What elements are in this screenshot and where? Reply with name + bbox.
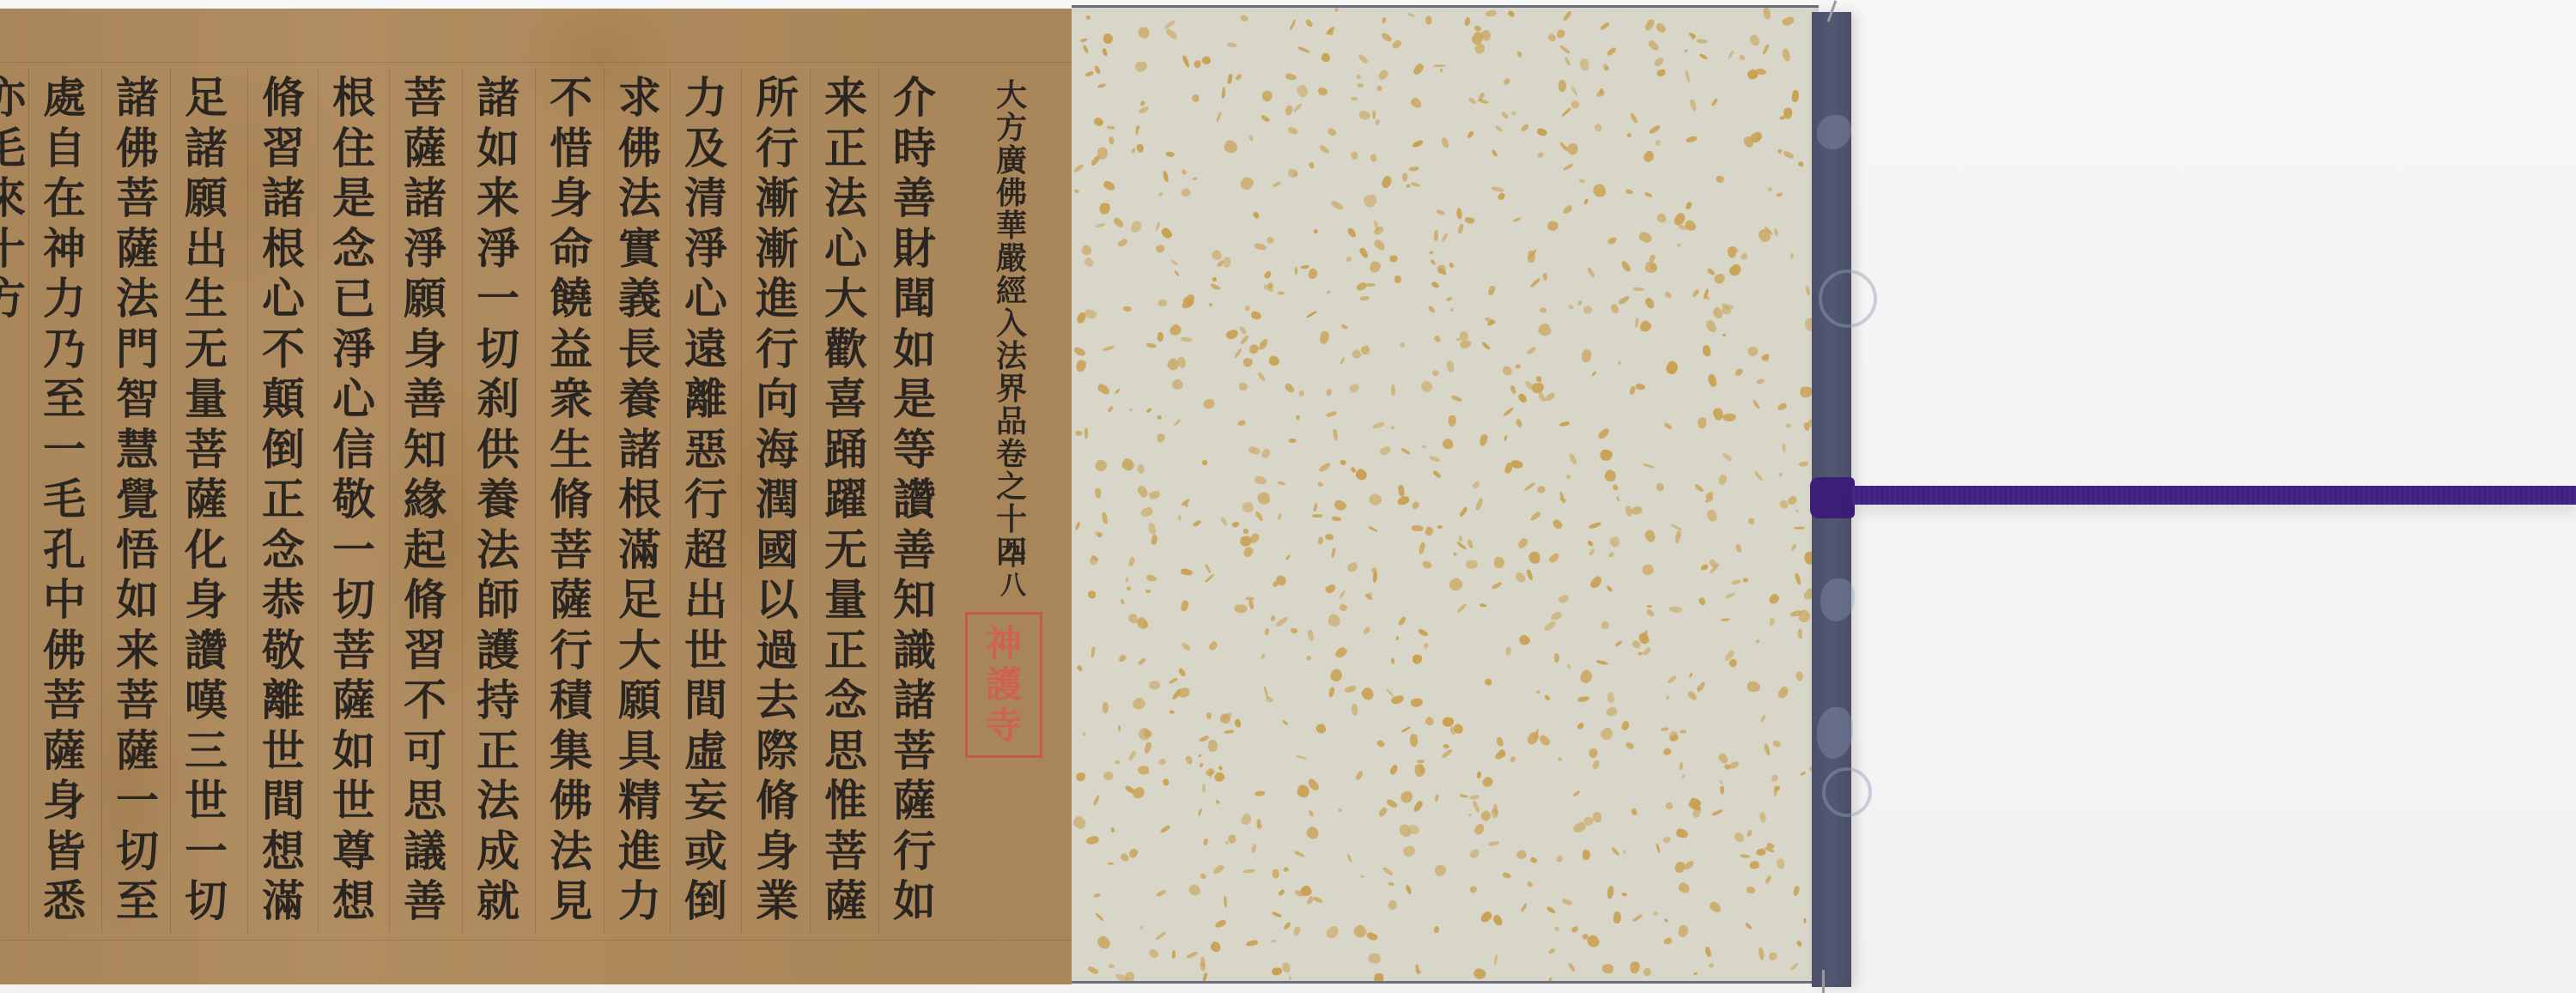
gold-fleck bbox=[1339, 590, 1346, 599]
gold-fleck bbox=[1797, 160, 1803, 167]
character: 海 bbox=[756, 425, 799, 475]
gold-fleck bbox=[1289, 19, 1297, 31]
character: 精 bbox=[618, 776, 661, 826]
gold-fleck bbox=[1580, 58, 1590, 70]
column-ruling-line bbox=[247, 69, 248, 933]
gold-fleck bbox=[1389, 764, 1400, 776]
gold-fleck bbox=[1391, 39, 1403, 50]
gold-fleck bbox=[1380, 31, 1393, 43]
gold-fleck bbox=[1777, 858, 1786, 869]
gold-fleck bbox=[1567, 142, 1579, 155]
sutra-title: 大方廣佛華嚴經入法界品卷之十四 bbox=[987, 79, 1036, 568]
gold-fleck bbox=[1688, 672, 1692, 678]
gold-fleck bbox=[1783, 149, 1795, 159]
gold-fleck bbox=[1607, 551, 1615, 559]
character: 經 bbox=[996, 275, 1027, 307]
gold-fleck bbox=[1487, 285, 1497, 297]
gold-fleck bbox=[1354, 770, 1364, 781]
gold-fleck bbox=[1080, 38, 1088, 43]
text-column: 諸佛菩薩法門智慧覺悟如来菩薩一切至 bbox=[103, 73, 172, 927]
character: 惡 bbox=[684, 425, 727, 475]
character: 薩 bbox=[824, 876, 867, 927]
gold-fleck bbox=[1352, 704, 1358, 716]
character: 心 bbox=[332, 374, 375, 425]
gold-fleck bbox=[1268, 355, 1280, 366]
gold-fleck bbox=[1455, 208, 1461, 220]
character: 佛 bbox=[996, 177, 1027, 209]
gold-fleck bbox=[1157, 433, 1166, 443]
gold-fleck bbox=[1205, 564, 1212, 574]
column-ruling-line bbox=[318, 69, 319, 933]
gold-fleck bbox=[1261, 89, 1273, 102]
gold-fleck bbox=[1536, 152, 1544, 159]
gold-fleck bbox=[1724, 592, 1735, 599]
gold-fleck bbox=[1484, 678, 1492, 686]
gold-fleck bbox=[1449, 262, 1455, 268]
gold-fleck bbox=[1213, 771, 1226, 784]
character: 力 bbox=[684, 73, 727, 124]
character: 善 bbox=[893, 173, 936, 224]
gold-fleck bbox=[1529, 856, 1538, 864]
gold-fleck bbox=[1417, 627, 1429, 638]
gold-fleck bbox=[1200, 873, 1208, 879]
gold-fleck bbox=[1136, 464, 1144, 474]
gold-fleck bbox=[1577, 696, 1590, 703]
gold-fleck bbox=[1502, 366, 1514, 377]
character: 善 bbox=[893, 525, 936, 576]
character: 正 bbox=[824, 626, 867, 676]
gold-fleck bbox=[1277, 513, 1282, 521]
character: 際 bbox=[756, 726, 799, 777]
gold-fleck bbox=[1535, 691, 1540, 695]
gold-fleck bbox=[1516, 364, 1522, 369]
gold-fleck bbox=[1298, 391, 1304, 397]
gold-fleck bbox=[1692, 288, 1700, 298]
gold-fleck bbox=[1528, 251, 1535, 263]
gold-fleck bbox=[1777, 149, 1783, 154]
gold-fleck bbox=[1293, 103, 1303, 113]
gold-fleck bbox=[1212, 277, 1218, 282]
gold-fleck bbox=[1257, 371, 1267, 381]
gold-fleck bbox=[1674, 530, 1681, 544]
gold-fleck bbox=[1325, 388, 1332, 396]
gold-fleck bbox=[1431, 281, 1441, 289]
gold-fleck bbox=[1257, 491, 1272, 506]
gold-fleck bbox=[1155, 221, 1161, 231]
gold-fleck bbox=[1693, 483, 1704, 493]
gold-fleck bbox=[1413, 63, 1425, 77]
gold-fleck bbox=[1400, 447, 1411, 455]
gold-fleck bbox=[1255, 243, 1267, 251]
gold-fleck bbox=[1467, 560, 1479, 568]
character: 淨 bbox=[404, 224, 447, 275]
gold-fleck bbox=[1225, 329, 1239, 341]
gold-fleck bbox=[1113, 216, 1125, 229]
gold-fleck bbox=[1240, 335, 1250, 345]
gold-fleck bbox=[1209, 940, 1223, 954]
gold-fleck bbox=[1349, 384, 1360, 394]
gold-fleck bbox=[1295, 415, 1301, 421]
gold-fleck bbox=[1101, 512, 1108, 524]
purple-tie-cord[interactable] bbox=[1851, 486, 2576, 505]
gold-fleck bbox=[1643, 646, 1652, 657]
character: 清 bbox=[684, 173, 727, 224]
gold-fleck bbox=[1411, 698, 1424, 707]
gold-fleck bbox=[1346, 256, 1352, 263]
gold-fleck bbox=[1705, 509, 1717, 523]
top-ruling-line bbox=[0, 62, 1072, 63]
gold-fleck bbox=[1170, 378, 1184, 392]
gold-fleck bbox=[1148, 522, 1157, 535]
gold-fleck bbox=[1156, 244, 1165, 252]
gold-fleck bbox=[1344, 685, 1358, 694]
gold-fleck bbox=[1702, 344, 1711, 357]
gold-fleck bbox=[1325, 534, 1334, 540]
gold-fleck bbox=[1121, 457, 1136, 472]
character: 菩 bbox=[43, 675, 86, 726]
gold-fleck bbox=[1074, 189, 1080, 194]
gold-fleck bbox=[1713, 272, 1727, 285]
gold-fleck bbox=[1083, 731, 1085, 736]
character: 超 bbox=[684, 525, 727, 576]
gold-fleck bbox=[1564, 57, 1571, 66]
character: 法 bbox=[116, 274, 159, 324]
brocade-motif bbox=[1819, 269, 1877, 328]
gold-fleck bbox=[1243, 529, 1249, 535]
gold-fleck bbox=[1790, 962, 1800, 971]
gold-fleck bbox=[1422, 445, 1426, 449]
gold-fleck bbox=[1115, 388, 1121, 395]
gold-fleck bbox=[1577, 300, 1583, 306]
gold-fleck bbox=[1749, 860, 1760, 870]
gold-fleck bbox=[1545, 977, 1553, 984]
gold-fleck bbox=[1464, 17, 1471, 27]
gold-fleck bbox=[1564, 474, 1571, 480]
gold-fleck bbox=[1548, 552, 1561, 565]
gold-fleck bbox=[1586, 266, 1595, 278]
gold-fleck bbox=[1377, 69, 1389, 82]
gold-fleck bbox=[1555, 28, 1565, 39]
gold-fleck bbox=[1485, 9, 1498, 17]
gold-fleck bbox=[1158, 300, 1167, 306]
character: 信 bbox=[332, 425, 375, 475]
gold-fleck bbox=[1124, 784, 1135, 795]
character: 過 bbox=[756, 626, 799, 676]
character: 妄 bbox=[684, 776, 727, 826]
gold-fleck bbox=[1181, 336, 1193, 342]
gold-fleck bbox=[1583, 198, 1589, 205]
character: 顛 bbox=[262, 374, 305, 425]
gold-fleck bbox=[1610, 303, 1621, 315]
gold-fleck bbox=[1243, 869, 1255, 874]
gold-fleck bbox=[1282, 719, 1289, 726]
gold-fleck bbox=[1406, 185, 1412, 189]
gold-fleck bbox=[1776, 192, 1783, 197]
character: 及 bbox=[684, 124, 727, 174]
gold-fleck bbox=[1467, 130, 1475, 138]
character: 是 bbox=[332, 173, 375, 224]
gold-fleck bbox=[1722, 619, 1731, 622]
gold-fleck bbox=[1255, 511, 1265, 523]
character: 菩 bbox=[116, 173, 159, 224]
gold-fleck bbox=[1407, 13, 1415, 18]
character: 念 bbox=[332, 224, 375, 275]
gold-fleck bbox=[1558, 594, 1570, 603]
gold-fleck bbox=[1442, 748, 1454, 759]
gold-fleck bbox=[1144, 623, 1148, 627]
character: 財 bbox=[893, 224, 936, 275]
gold-fleck bbox=[1446, 296, 1453, 301]
gold-fleck bbox=[1168, 676, 1177, 684]
gold-fleck bbox=[1777, 685, 1791, 699]
gold-fleck bbox=[1360, 875, 1365, 879]
character: 足 bbox=[185, 73, 228, 124]
character: 佛 bbox=[43, 626, 86, 676]
gold-fleck bbox=[1150, 681, 1161, 689]
character: 門 bbox=[116, 324, 159, 375]
gold-fleck bbox=[1479, 603, 1487, 608]
gold-fleck bbox=[1568, 453, 1577, 466]
gold-fleck bbox=[1181, 568, 1194, 576]
character: 佛 bbox=[618, 124, 661, 174]
gold-fleck bbox=[1140, 926, 1145, 930]
gold-fleck bbox=[1391, 657, 1395, 663]
gold-fleck bbox=[1278, 481, 1285, 485]
gold-fleck bbox=[1769, 618, 1775, 627]
bottom-ruling-line bbox=[0, 940, 1072, 941]
gold-fleck bbox=[1425, 15, 1433, 25]
gold-fleck bbox=[1789, 253, 1794, 259]
column-ruling-line bbox=[535, 69, 536, 933]
gold-fleck bbox=[1493, 954, 1498, 966]
character: 切 bbox=[116, 826, 159, 877]
gold-fleck bbox=[1720, 785, 1724, 794]
sutra-calligraphy-panel: 大方廣佛華嚴經入法界品卷之十四 卆八 神護寺 介時善財聞如是等讚善知識諸菩薩行如… bbox=[0, 9, 1072, 984]
gold-fleck bbox=[1358, 246, 1370, 258]
gold-fleck bbox=[1719, 780, 1724, 785]
character: 法 bbox=[550, 826, 592, 877]
character: 足 bbox=[618, 575, 661, 626]
gold-fleck bbox=[1370, 154, 1377, 163]
character: 菩 bbox=[116, 675, 159, 726]
gold-fleck bbox=[1108, 863, 1114, 866]
gold-fleck bbox=[1273, 967, 1283, 975]
gold-fleck bbox=[1591, 760, 1600, 771]
gold-fleck bbox=[1275, 615, 1288, 627]
gold-fleck bbox=[1170, 710, 1175, 714]
gold-fleck bbox=[1704, 318, 1717, 333]
gold-fleck bbox=[1425, 715, 1437, 726]
character: 佛 bbox=[116, 124, 159, 174]
character: 願 bbox=[618, 675, 661, 726]
gold-fleck bbox=[1259, 338, 1269, 348]
gold-fleck bbox=[1692, 972, 1698, 976]
character: 師 bbox=[477, 575, 519, 626]
gold-fleck bbox=[1372, 111, 1376, 120]
character: 長 bbox=[618, 324, 661, 375]
gold-fleck bbox=[1733, 831, 1747, 845]
gold-fleck bbox=[1685, 70, 1692, 82]
gold-fleck bbox=[1318, 462, 1331, 473]
character: 進 bbox=[756, 274, 799, 324]
gold-fleck bbox=[1537, 128, 1549, 137]
column-ruling-line bbox=[741, 69, 742, 933]
gold-fleck bbox=[1742, 577, 1749, 583]
gold-fleck bbox=[1716, 752, 1729, 765]
gold-fleck bbox=[1334, 8, 1339, 13]
character: 知 bbox=[893, 575, 936, 626]
character: 之 bbox=[996, 470, 1027, 503]
gold-fleck bbox=[1740, 252, 1749, 262]
character: 心 bbox=[262, 274, 305, 324]
gold-fleck bbox=[1138, 766, 1150, 776]
character: 讚 bbox=[185, 626, 228, 676]
gold-fleck bbox=[1620, 260, 1632, 273]
character: 生 bbox=[185, 274, 228, 324]
gold-fleck bbox=[1102, 702, 1109, 713]
character: 入 bbox=[996, 307, 1027, 340]
gold-fleck bbox=[1250, 310, 1262, 320]
gold-fleck bbox=[1562, 204, 1573, 215]
character: 向 bbox=[756, 374, 799, 425]
character: 養 bbox=[477, 475, 519, 525]
gold-fleck bbox=[1594, 123, 1603, 133]
gold-fleck bbox=[1441, 233, 1449, 242]
gold-fleck bbox=[1614, 639, 1623, 647]
gold-fleck bbox=[1536, 376, 1541, 382]
gold-fleck bbox=[1173, 418, 1182, 427]
character: 踊 bbox=[824, 425, 867, 475]
gold-fleck bbox=[1117, 725, 1121, 731]
gold-fleck bbox=[1272, 869, 1279, 879]
gold-fleck bbox=[1290, 627, 1298, 633]
gold-fleck bbox=[1305, 18, 1315, 27]
gold-fleck bbox=[1451, 394, 1463, 403]
character: 見 bbox=[550, 876, 592, 927]
gold-fleck bbox=[1434, 229, 1439, 241]
gold-fleck bbox=[1473, 822, 1486, 836]
gold-fleck bbox=[1699, 563, 1709, 572]
character: 等 bbox=[893, 425, 936, 475]
gold-fleck bbox=[1794, 573, 1801, 586]
gold-fleck bbox=[1469, 848, 1482, 860]
character: 无 bbox=[185, 324, 228, 375]
character: 住 bbox=[332, 124, 375, 174]
gold-fleck bbox=[1285, 105, 1293, 117]
text-column: 處自在神力乃至一毛孔中佛菩薩身皆悉 bbox=[30, 73, 99, 927]
gold-fleck bbox=[1093, 65, 1101, 75]
gold-fleck bbox=[1512, 217, 1522, 223]
gold-fleck bbox=[1792, 886, 1800, 897]
text-column: 介時善財聞如是等讚善知識諸菩薩行如 bbox=[880, 73, 949, 927]
gold-fleck bbox=[1304, 825, 1321, 841]
gold-fleck bbox=[1368, 525, 1378, 532]
gold-fleck bbox=[1759, 812, 1766, 823]
character: 善 bbox=[404, 374, 447, 425]
gold-fleck bbox=[1146, 574, 1157, 582]
gold-fleck bbox=[1075, 359, 1087, 372]
gold-fleck bbox=[1387, 899, 1399, 911]
gold-fleck bbox=[1324, 584, 1337, 595]
character: 時 bbox=[893, 124, 936, 174]
gold-fleck bbox=[1340, 458, 1347, 466]
character: 正 bbox=[477, 726, 519, 777]
gold-fleck bbox=[1148, 948, 1160, 960]
character: 至 bbox=[43, 374, 86, 425]
character: 脩 bbox=[262, 73, 305, 124]
gold-fleck bbox=[1331, 548, 1336, 558]
gold-fleck bbox=[1394, 275, 1402, 282]
gold-fleck bbox=[1558, 80, 1565, 92]
gold-fleck bbox=[1124, 972, 1134, 984]
gold-fleck bbox=[1571, 925, 1579, 934]
character: 供 bbox=[477, 425, 519, 475]
gold-fleck bbox=[1501, 111, 1510, 119]
character: 神 bbox=[43, 224, 86, 275]
character: 漸 bbox=[756, 224, 799, 275]
gold-fleck bbox=[1782, 444, 1786, 452]
gold-fleck bbox=[1797, 628, 1803, 639]
character: 至 bbox=[116, 876, 159, 927]
character: 中 bbox=[43, 575, 86, 626]
character: 菩 bbox=[893, 726, 936, 777]
character: 一 bbox=[185, 826, 228, 877]
character: 躍 bbox=[824, 475, 867, 525]
gold-fleck bbox=[1664, 291, 1673, 299]
character: 尊 bbox=[332, 826, 375, 877]
gold-fleck bbox=[1255, 791, 1266, 797]
gold-fleck bbox=[1330, 199, 1344, 210]
gold-fleck bbox=[1095, 912, 1105, 923]
gold-fleck bbox=[1433, 925, 1439, 933]
character: 毛 bbox=[43, 475, 86, 525]
gold-fleck bbox=[1369, 260, 1382, 274]
gold-fleck bbox=[1589, 548, 1596, 557]
gold-fleck bbox=[1642, 967, 1652, 978]
gold-fleck bbox=[1157, 415, 1162, 421]
gold-fleck bbox=[1391, 384, 1395, 396]
gold-fleck bbox=[1648, 124, 1661, 136]
brocade-motif bbox=[1820, 578, 1855, 621]
gold-fleck bbox=[1449, 415, 1456, 427]
gold-fleck bbox=[1572, 790, 1581, 798]
character: 无 bbox=[824, 525, 867, 576]
gold-fleck bbox=[1746, 887, 1754, 893]
gold-fleck bbox=[1365, 931, 1378, 942]
character: 孔 bbox=[43, 525, 86, 576]
character: 所 bbox=[756, 73, 799, 124]
gold-fleck bbox=[1084, 70, 1094, 77]
gold-fleck bbox=[1168, 323, 1183, 338]
text-column: 諸如来淨一切刹供養法師護持正法成就 bbox=[464, 73, 532, 927]
gold-fleck bbox=[1409, 734, 1419, 748]
gold-fleck bbox=[1625, 189, 1634, 195]
gold-fleck bbox=[1334, 645, 1349, 659]
gold-fleck bbox=[1799, 461, 1809, 467]
gold-fleck bbox=[1094, 458, 1109, 473]
character: 大 bbox=[618, 626, 661, 676]
gold-fleck bbox=[1440, 136, 1449, 149]
gold-fleck bbox=[1239, 812, 1253, 826]
gold-fleck bbox=[1495, 736, 1504, 748]
gold-fleck bbox=[1328, 687, 1335, 698]
gold-fleck bbox=[1634, 318, 1639, 329]
gold-fleck bbox=[1578, 669, 1594, 685]
character: 亦 bbox=[0, 73, 26, 124]
column-ruling-line bbox=[462, 69, 463, 933]
gold-fleck bbox=[1434, 64, 1446, 67]
gold-fleck bbox=[1097, 382, 1111, 396]
